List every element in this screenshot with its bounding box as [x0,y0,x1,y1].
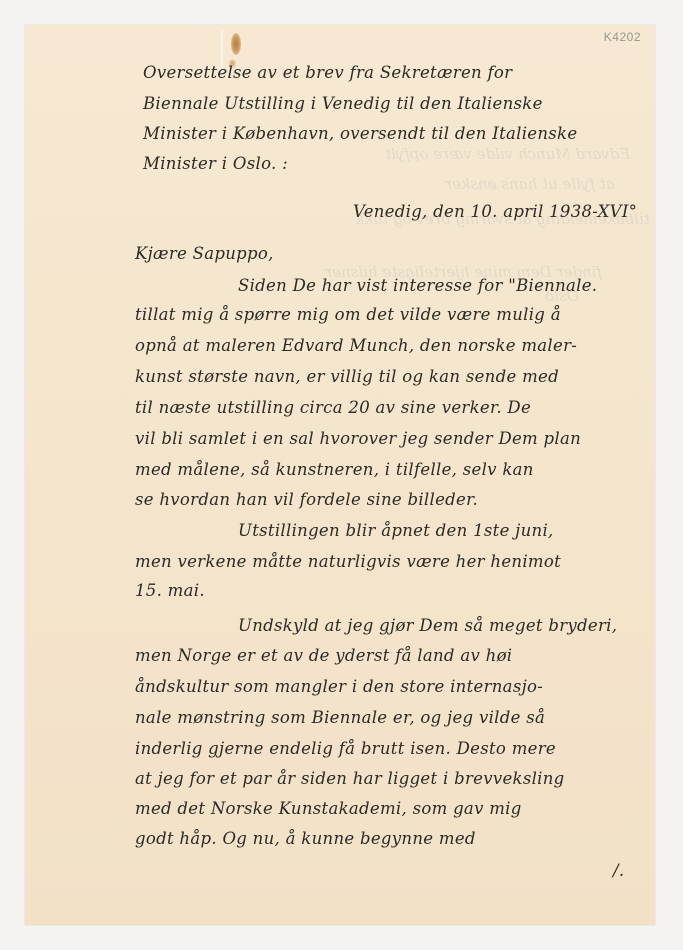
body-line: men verkene måtte naturligvis være her h… [135,552,655,571]
body-line: godt håp. Og nu, å kunne begynne med [135,829,655,848]
body-line: Undskyld at jeg gjør Dem så meget bryder… [238,616,655,635]
rust-stain [231,33,241,55]
body-line: kunst største navn, er villig til og kan… [135,367,655,386]
heading-line-1: Oversettelse av et brev fra Sekretæren f… [143,63,655,82]
body-line: nale mønstring som Biennale er, og jeg v… [135,708,655,727]
body-line: inderlig gjerne endelig få brutt isen. D… [135,739,655,758]
letter-page: K4202 Edvard Munch vilde være opfylt at … [25,25,655,925]
body-line: til næste utstilling circa 20 av sine ve… [135,398,655,417]
body-line: se hvordan han vil fordele sine billeder… [135,490,655,509]
body-line: Utstillingen blir åpnet den 1ste juni, [238,521,655,540]
body-line: med det Norske Kunstakademi, som gav mig [135,799,655,818]
body-line: men Norge er et av de yderst få land av … [135,646,655,665]
body-line: Siden De har vist interesse for "Biennal… [238,276,655,295]
catalog-id: K4202 [604,30,641,44]
body-line: tillat mig å spørre mig om det vilde vær… [135,305,655,324]
body-line: at jeg for et par år siden har ligget i … [135,769,655,788]
heading-line-3: Minister i København, oversendt til den … [143,124,655,143]
body-line: med målene, så kunstneren, i tilfelle, s… [135,460,655,479]
body-line: vil bli samlet i en sal hvorover jeg sen… [135,429,655,448]
heading-line-4: Minister i Oslo. : [143,154,655,173]
body-line: åndskultur som mangler i den store inter… [135,677,655,696]
body-line: 15. mai. [135,581,655,600]
dateline: Venedig, den 10. april 1938-XVI° [353,202,655,221]
body-line: opnå at maleren Edvard Munch, den norske… [135,336,655,355]
salutation: Kjære Sapuppo, [135,244,655,263]
bleed-through-text: at fylle ut hans ønsker [445,175,615,193]
continuation-mark: /. [613,861,655,880]
heading-line-2: Biennale Utstilling i Venedig til den It… [143,94,655,113]
